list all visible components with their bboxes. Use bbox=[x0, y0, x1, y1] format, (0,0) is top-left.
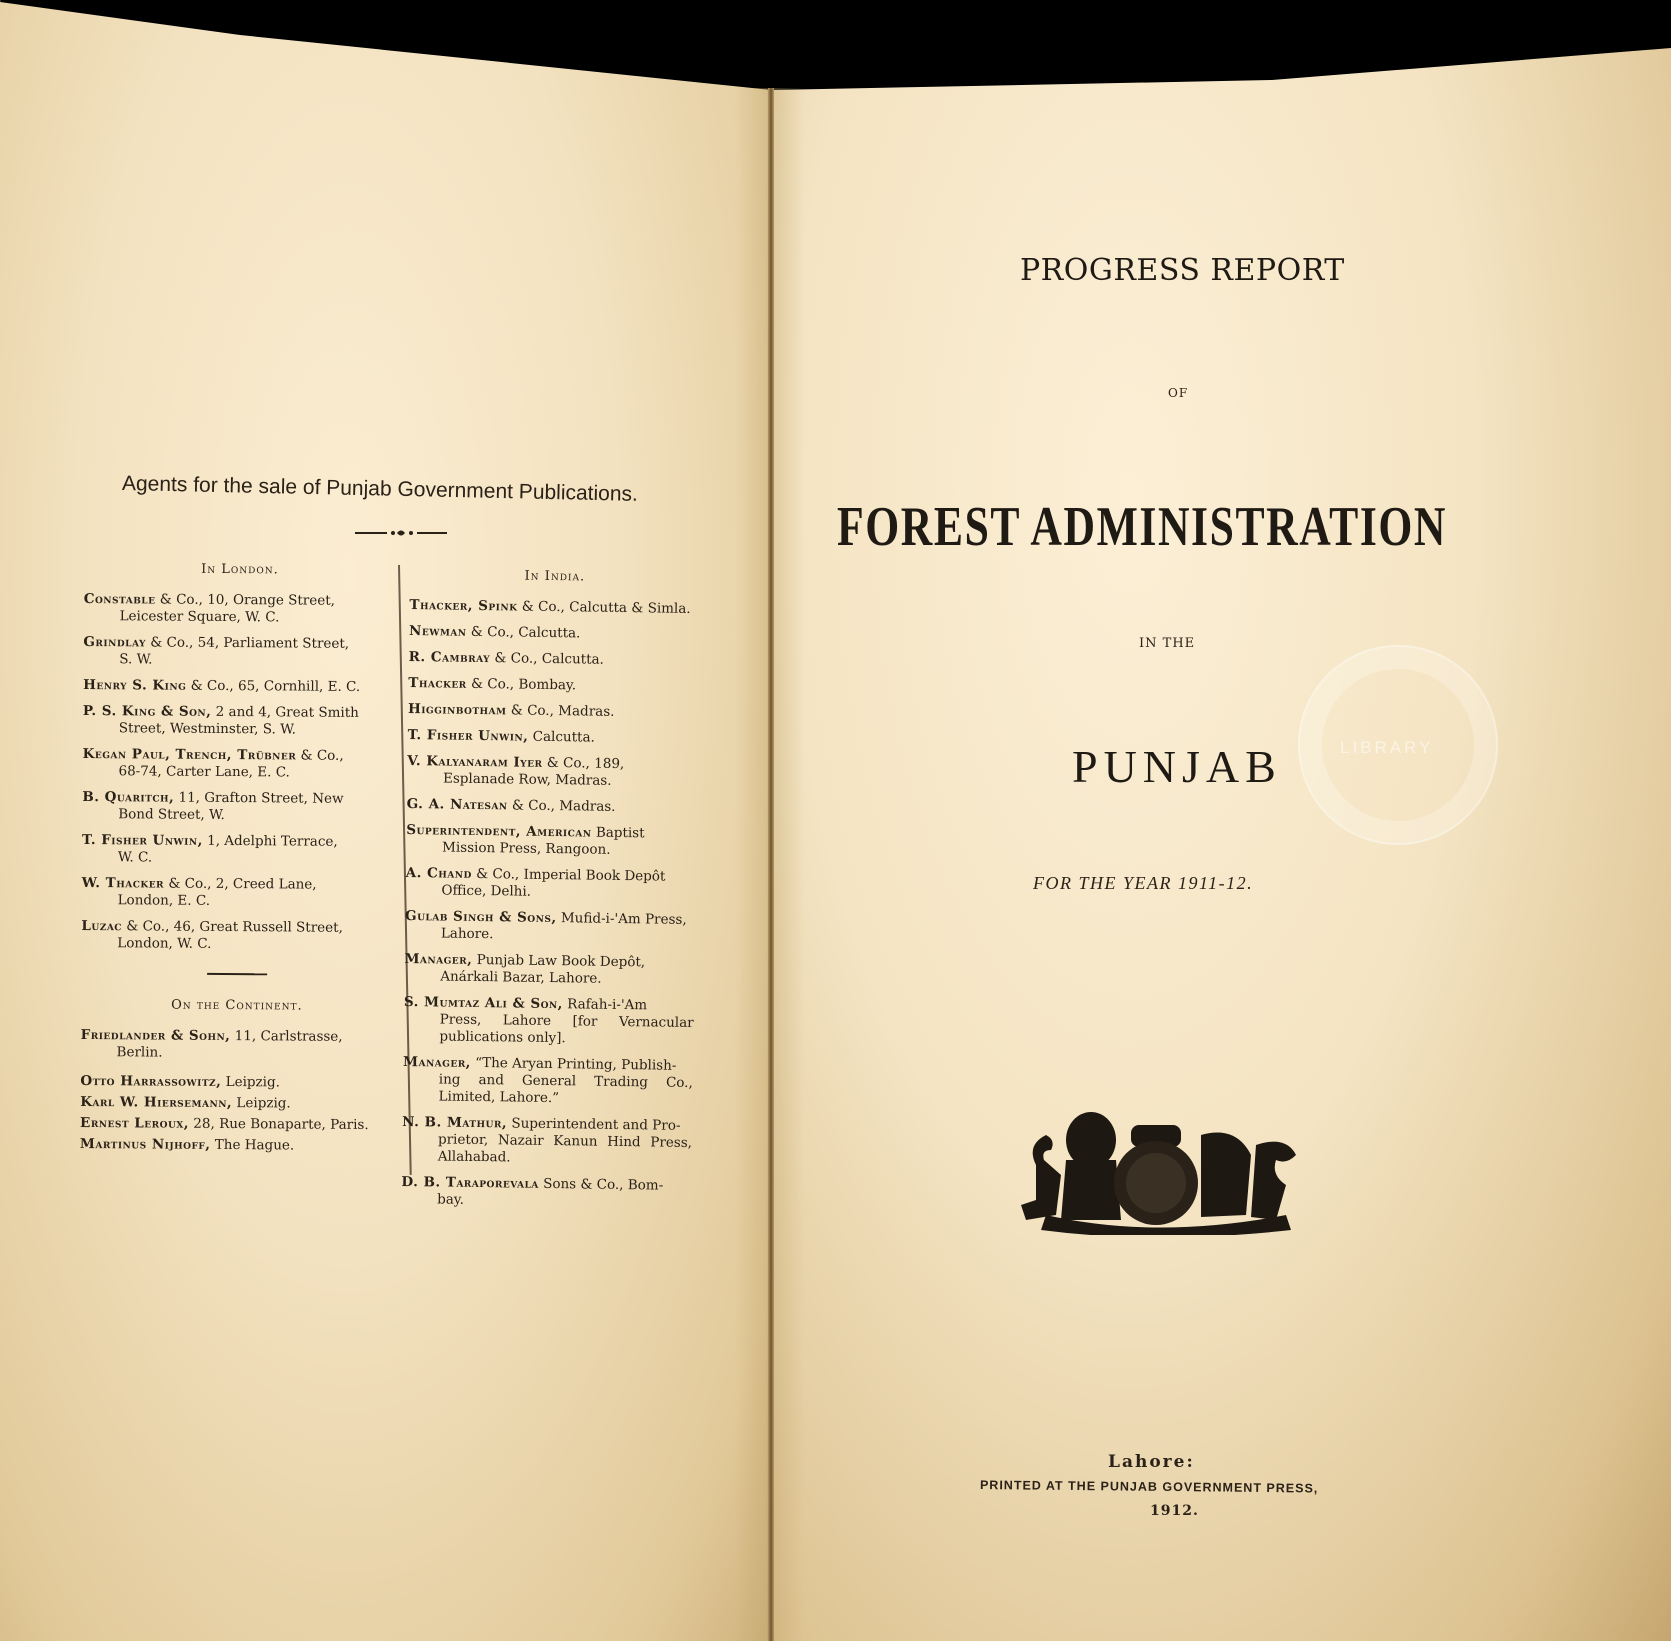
agent-entry: B. Quaritch, 11, Grafton Street, NewBond… bbox=[82, 789, 394, 825]
agent-entry: Newman & Co., Calcutta. bbox=[409, 623, 699, 644]
agent-entry: Constable & Co., 10, Orange Street,Leice… bbox=[84, 591, 396, 627]
section-rule bbox=[207, 973, 267, 975]
title-punjab: PUNJAB bbox=[1072, 740, 1282, 793]
seal-label: LIBRARY bbox=[1340, 738, 1433, 758]
agent-entry: T. Fisher Unwin, Calcutta. bbox=[408, 727, 698, 748]
title-progress-report: PROGRESS REPORT bbox=[1020, 253, 1345, 288]
agent-entry: V. Kalyanaram Iyer & Co., 189,Esplanade … bbox=[407, 753, 697, 791]
agent-entry: Friedlander & Sohn, 11, Carlstrasse,Berl… bbox=[81, 1027, 393, 1063]
agent-entry: Higginbotham & Co., Madras. bbox=[408, 701, 698, 722]
agent-entry: Ernest Leroux, 28, Rue Bonaparte, Paris. bbox=[80, 1115, 392, 1134]
agent-entry: D. B. Taraporevala Sons & Co., Bom-bay. bbox=[401, 1174, 691, 1212]
agent-entry: Karl W. Hiersemann, Leipzig. bbox=[80, 1094, 392, 1113]
ornament-divider-icon bbox=[355, 527, 447, 539]
agent-entry: Grindlay & Co., 54, Parliament Street,S.… bbox=[83, 634, 395, 670]
agent-entry: G. A. Natesan & Co., Madras. bbox=[407, 796, 697, 817]
agent-entry: Superintendent, American BaptistMission … bbox=[406, 822, 696, 860]
agent-entry: Otto Harrassowitz, Leipzig. bbox=[80, 1073, 392, 1092]
right-page bbox=[772, 0, 1671, 1641]
title-in-the: IN THE bbox=[1139, 636, 1195, 651]
imprint-city: Lahore: bbox=[1108, 1452, 1195, 1472]
agent-entry: T. Fisher Unwin, 1, Adelphi Terrace,W. C… bbox=[82, 832, 394, 868]
agent-entry: W. Thacker & Co., 2, Creed Lane,London, … bbox=[82, 875, 394, 911]
title-forest-administration: FOREST ADMINISTRATION bbox=[837, 495, 1447, 559]
title-year: FOR THE YEAR 1911-12. bbox=[1033, 873, 1253, 894]
agent-entry: S. Mumtaz Ali & Son, Rafah-i-'AmPress, L… bbox=[403, 994, 694, 1049]
agent-entry: Manager, “The Aryan Printing, Publish-in… bbox=[402, 1054, 693, 1109]
london-header: In London. bbox=[84, 560, 396, 579]
agent-entry: Thacker & Co., Bombay. bbox=[408, 675, 698, 696]
agent-entry: Henry S. King & Co., 65, Cornhill, E. C. bbox=[83, 677, 395, 696]
agent-entry: Manager, Punjab Law Book Depôt,Anárkali … bbox=[404, 951, 694, 989]
agent-entry: Luzac & Co., 46, Great Russell Street,Lo… bbox=[81, 918, 393, 954]
agent-entry: R. Cambray & Co., Calcutta. bbox=[409, 649, 699, 670]
continent-list: Friedlander & Sohn, 11, Carlstrasse,Berl… bbox=[80, 1027, 393, 1155]
agent-entry: N. B. Mathur, Superintendent and Pro-pri… bbox=[402, 1114, 693, 1169]
agent-entry: P. S. King & Son, 2 and 4, Great SmithSt… bbox=[83, 703, 395, 739]
agent-entry: Gulab Singh & Sons, Mufid-i-'Am Press,La… bbox=[405, 908, 695, 946]
imprint-year: 1912. bbox=[1150, 1503, 1199, 1519]
title-of: OF bbox=[1168, 386, 1188, 400]
royal-coat-of-arms-icon bbox=[1006, 1105, 1316, 1235]
agent-entry: Martinus Nijhoff, The Hague. bbox=[80, 1136, 392, 1155]
agent-entry: Kegan Paul, Trench, Trübner & Co.,68-74,… bbox=[82, 746, 394, 782]
london-column: In London. Constable & Co., 10, Orange S… bbox=[80, 560, 396, 1159]
book-gutter bbox=[768, 88, 774, 1641]
agent-entry: A. Chand & Co., Imperial Book DepôtOffic… bbox=[405, 865, 695, 903]
india-column: In India. Thacker, Spink & Co., Calcutta… bbox=[401, 566, 700, 1221]
book-spread: Agents for the sale of Punjab Government… bbox=[0, 0, 1671, 1641]
continent-header: On the Continent. bbox=[81, 996, 393, 1015]
agent-entry: Thacker, Spink & Co., Calcutta & Simla. bbox=[409, 597, 699, 618]
india-header: In India. bbox=[410, 566, 700, 587]
